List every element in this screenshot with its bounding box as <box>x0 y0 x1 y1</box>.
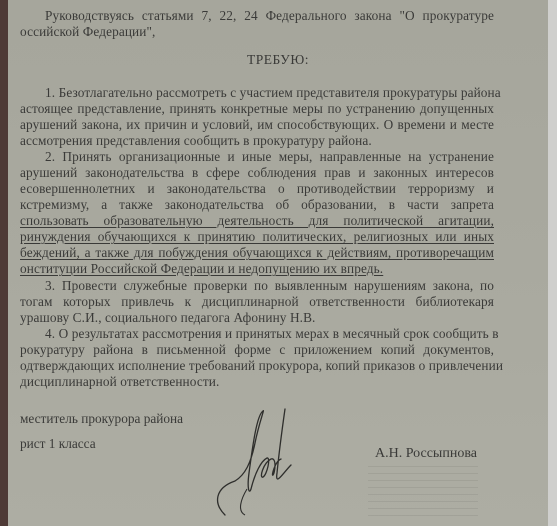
item-2-line: арушений законодательства в сфере соблюд… <box>20 165 494 181</box>
item-3-line: тогам которых привлечь к дисциплинарной … <box>20 294 494 310</box>
preamble-line: Руководствуясь статьями 7, 22, 24 Федера… <box>45 8 494 24</box>
handwritten-signature-icon <box>205 403 305 523</box>
item-4-line: одтверждающих исполнение требований прок… <box>20 358 494 374</box>
item-2-line-underlined: ринуждения обучающихся к принятию полити… <box>20 229 494 245</box>
photo-left-edge <box>0 0 8 526</box>
demand-heading: ТРЕБУЮ: <box>8 52 548 68</box>
item-1-line: 1. Безотлагательно рассмотреть с участие… <box>45 85 494 101</box>
item-2-line: есовершеннолетних и законодательства о п… <box>20 181 494 197</box>
item-1-line: астоящее представление, принять конкретн… <box>20 101 494 117</box>
signatory-title: меститель прокурора района <box>20 411 183 427</box>
item-1-line: ассмотрения представления сообщить в про… <box>20 133 494 149</box>
item-2-line: кстремизму, а также законодательства об … <box>20 197 494 213</box>
item-1-line: арушений закона, их причин и условий, им… <box>20 117 494 133</box>
item-2-line-underlined: онституции Российской Федерации и недопу… <box>20 261 494 277</box>
item-2-line-underlined: беждений, а также для побуждения обучающ… <box>20 245 494 261</box>
item-2-line-underlined: спользовать образовательную деятельность… <box>20 213 494 229</box>
item-4-line: 4. О результатах рассмотрения и принятых… <box>45 326 494 342</box>
item-4-line: дисциплинарной ответственности. <box>20 374 494 390</box>
item-3-line: 3. Провести служебные проверки по выявле… <box>45 278 494 294</box>
signatory-name: А.Н. Россыпнова <box>375 446 477 462</box>
item-4-line: рокуратуру района в письменной форме с п… <box>20 342 494 358</box>
faint-bleedthrough-text <box>368 462 478 522</box>
item-3-line: урашову С.И., социального педагога Афони… <box>20 310 494 326</box>
signatory-rank: рист 1 класса <box>20 436 96 452</box>
preamble-line: оссийской Федерации", <box>20 24 494 40</box>
item-2-line: 2. Принять организационные и иные меры, … <box>45 149 494 165</box>
photo-right-edge <box>548 0 557 526</box>
document-page: Руководствуясь статьями 7, 22, 24 Федера… <box>8 0 548 526</box>
